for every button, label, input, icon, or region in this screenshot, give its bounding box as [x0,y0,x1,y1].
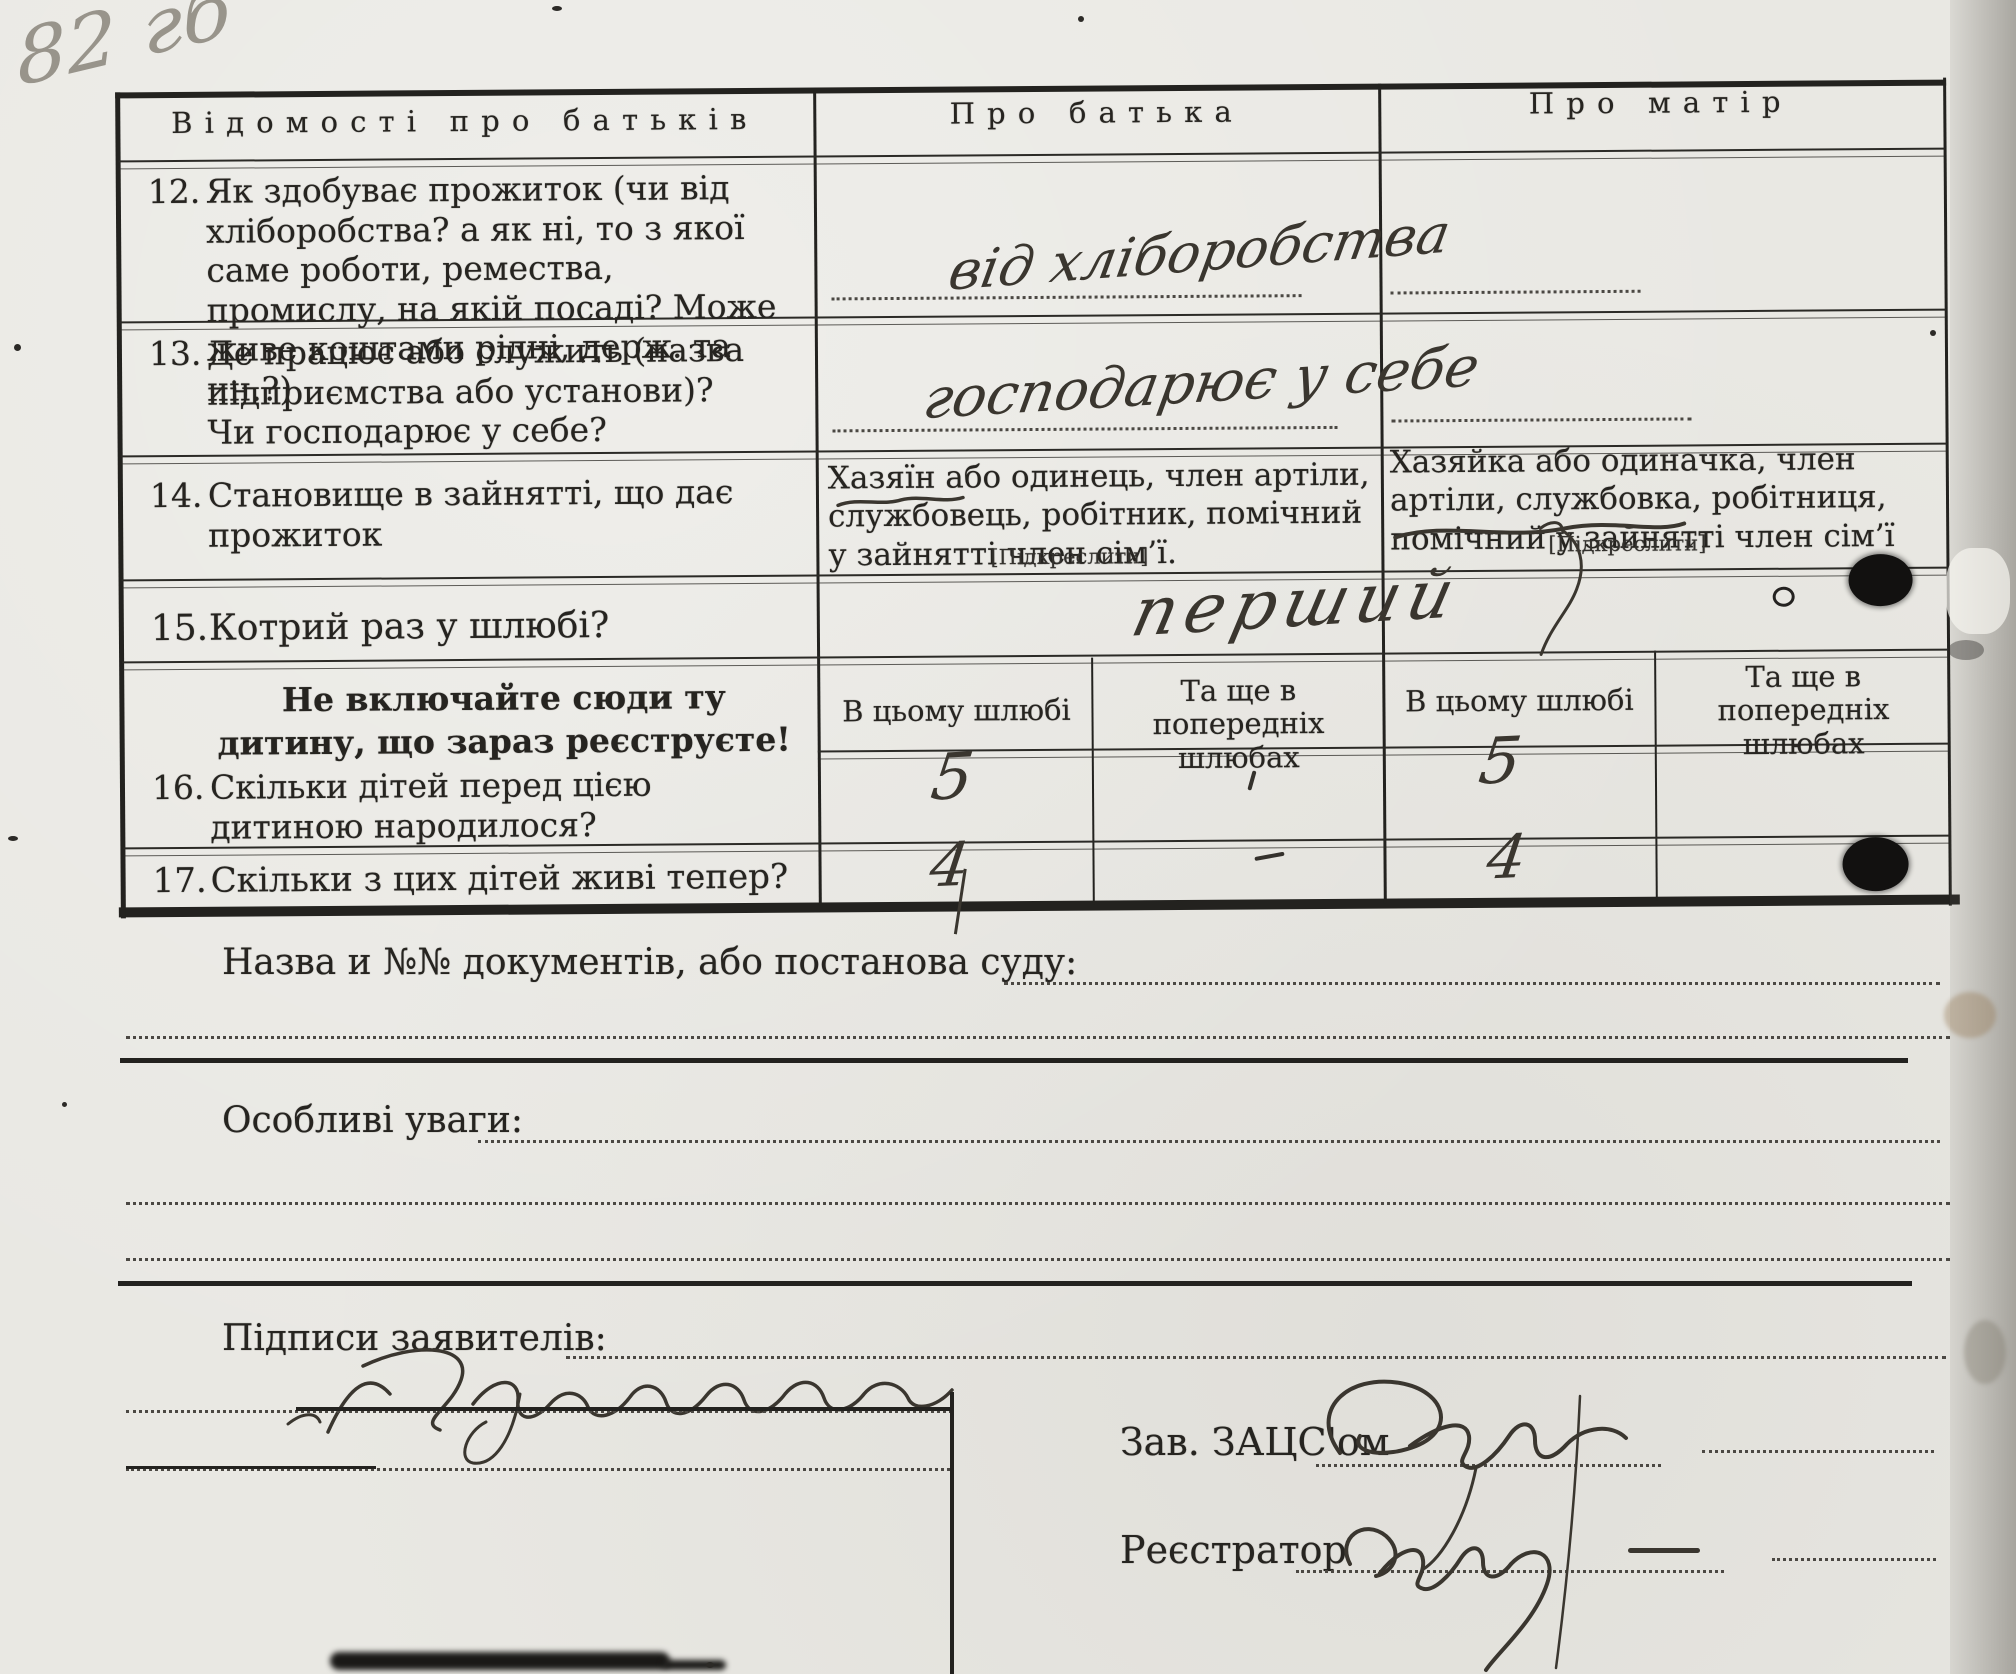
rule-line [296,1407,952,1411]
footer-vertical-divider [950,1392,954,1674]
dust-speck [706,1662,714,1668]
write-line [126,1036,1950,1039]
dust-speck [1930,330,1936,336]
documents-label: Назва и №№ документів, або постанова суд… [222,942,1077,983]
bottom-smudge [662,1660,726,1670]
dust-speck [14,344,21,351]
remarks-label: Особливі уваги: [222,1100,523,1141]
write-line [1004,982,1940,985]
write-line [1772,1558,1936,1561]
dust-speck [1078,16,1084,22]
edge-stain [1964,1320,2006,1384]
scanned-form-page: 82 гб Відомості про батьків Про батька П… [0,0,2016,1674]
paper-tear-highlight [1946,548,2010,634]
bottom-smudge [330,1652,670,1670]
edge-dark-notch [1948,640,1984,660]
scan-right-edge-shadow [1950,0,2016,1674]
rule-line [118,1281,1912,1286]
registrar-signature [1280,1368,1700,1674]
write-line [126,1258,1950,1261]
edge-stain [1944,992,1996,1038]
footer-section: Назва и №№ документів, або постанова суд… [0,0,2016,1674]
dust-speck [552,6,562,11]
rule-line [126,1466,376,1469]
write-line [1702,1450,1934,1453]
dust-speck [62,1102,67,1107]
write-line [126,1202,1950,1205]
write-line [478,1140,1940,1143]
dust-speck [8,836,18,841]
rule-line [120,1058,1908,1063]
